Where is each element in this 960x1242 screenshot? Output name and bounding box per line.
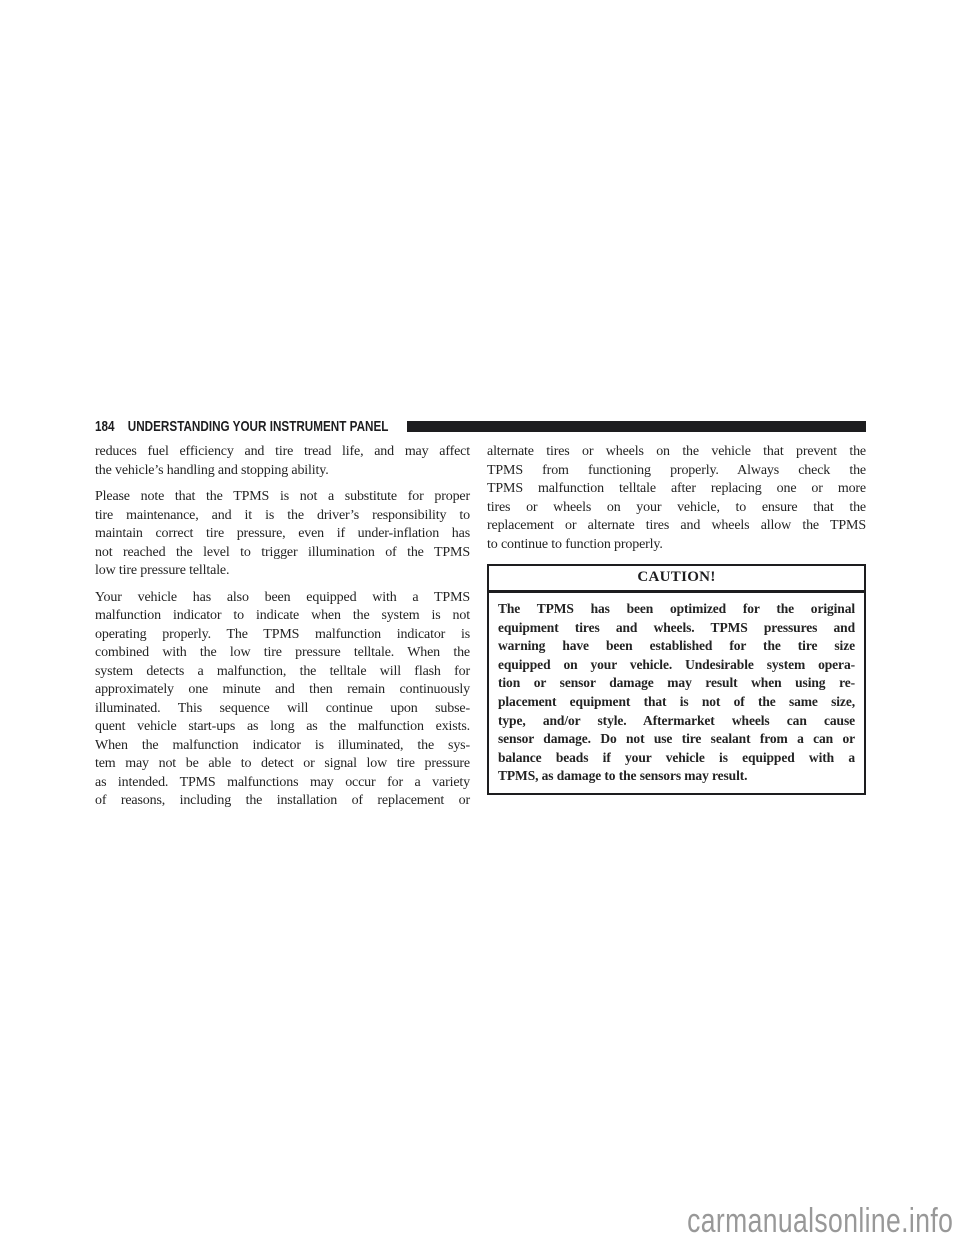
paragraph-malfunction-indicator: Your vehicle has also been equipped with…: [95, 589, 470, 811]
text-line: warning have been established for the ti…: [498, 637, 855, 656]
text-line: system detects a malfunction, the tellta…: [95, 663, 470, 682]
text-line: equipped on your vehicle. Undesirable sy…: [498, 656, 855, 675]
text-line: sensor damage. Do not use tire sealant f…: [498, 730, 855, 749]
left-column: reduces fuel efficiency and tire tread l…: [95, 443, 470, 811]
text-line: replacement or alternate tires and wheel…: [487, 517, 866, 536]
text-line: reduces fuel efficiency and tire tread l…: [95, 443, 470, 462]
text-line: operating properly. The TPMS malfunction…: [95, 626, 470, 645]
text-line: approximately one minute and then remain…: [95, 681, 470, 700]
paragraph-tpms-substitute: Please note that the TPMS is not a subst…: [95, 488, 470, 581]
text-line: TPMS, as damage to the sensors may resul…: [498, 767, 855, 786]
text-line: tires or wheels on your vehicle, to ensu…: [487, 499, 866, 518]
header-rule-bar: [407, 421, 866, 432]
text-line: tire maintenance, and it is the driver’s…: [95, 507, 470, 526]
text-line: quent vehicle start-ups as long as the m…: [95, 718, 470, 737]
page-number: 184: [95, 420, 115, 433]
text-line: tem may not be able to detect or signal …: [95, 755, 470, 774]
chapter-title: UNDERSTANDING YOUR INSTRUMENT PANEL: [128, 420, 389, 433]
text-line: combined with the low tire pressure tell…: [95, 644, 470, 663]
page-header: 184 UNDERSTANDING YOUR INSTRUMENT PANEL: [95, 420, 866, 434]
text-line: the vehicle’s handling and stopping abil…: [95, 462, 470, 481]
text-line: type, and/or style. Aftermarket wheels c…: [498, 712, 855, 731]
text-line: tion or sensor damage may result when us…: [498, 674, 855, 693]
text-line: as intended. TPMS malfunctions may occur…: [95, 774, 470, 793]
text-line: of reasons, including the installation o…: [95, 792, 470, 811]
text-line: Your vehicle has also been equipped with…: [95, 589, 470, 608]
text-line: When the malfunction indicator is illumi…: [95, 737, 470, 756]
paragraph-tpms-effects: reduces fuel efficiency and tire tread l…: [95, 443, 470, 480]
right-column: alternate tires or wheels on the vehicle…: [487, 443, 866, 811]
text-line: maintain correct tire pressure, even if …: [95, 525, 470, 544]
text-line: TPMS malfunction telltale after replacin…: [487, 480, 866, 499]
text-line: low tire pressure telltale.: [95, 562, 470, 581]
text-line: Please note that the TPMS is not a subst…: [95, 488, 470, 507]
text-line: malfunction indicator to indicate when t…: [95, 607, 470, 626]
watermark: carmanualsonline.info: [687, 1204, 953, 1238]
paragraph-replacement-tires: alternate tires or wheels on the vehicle…: [487, 443, 866, 554]
header-left: 184 UNDERSTANDING YOUR INSTRUMENT PANEL: [95, 420, 388, 433]
text-line: The TPMS has been optimized for the orig…: [498, 600, 855, 619]
two-column-body: reduces fuel efficiency and tire tread l…: [95, 443, 866, 811]
text-line: placement equipment that is not of the s…: [498, 693, 855, 712]
caution-body: The TPMS has been optimized for the orig…: [489, 593, 864, 793]
text-line: equipment tires and wheels. TPMS pressur…: [498, 619, 855, 638]
text-line: not reached the level to trigger illumin…: [95, 544, 470, 563]
caution-title: CAUTION!: [489, 566, 864, 593]
text-line: TPMS from functioning properly. Always c…: [487, 462, 866, 481]
text-line: balance beads if your vehicle is equippe…: [498, 749, 855, 768]
caution-box: CAUTION! The TPMS has been optimized for…: [487, 564, 866, 795]
text-line: to continue to function properly.: [487, 536, 866, 555]
text-line: alternate tires or wheels on the vehicle…: [487, 443, 866, 462]
manual-page: 184 UNDERSTANDING YOUR INSTRUMENT PANEL …: [0, 0, 960, 1242]
text-line: illuminated. This sequence will continue…: [95, 700, 470, 719]
